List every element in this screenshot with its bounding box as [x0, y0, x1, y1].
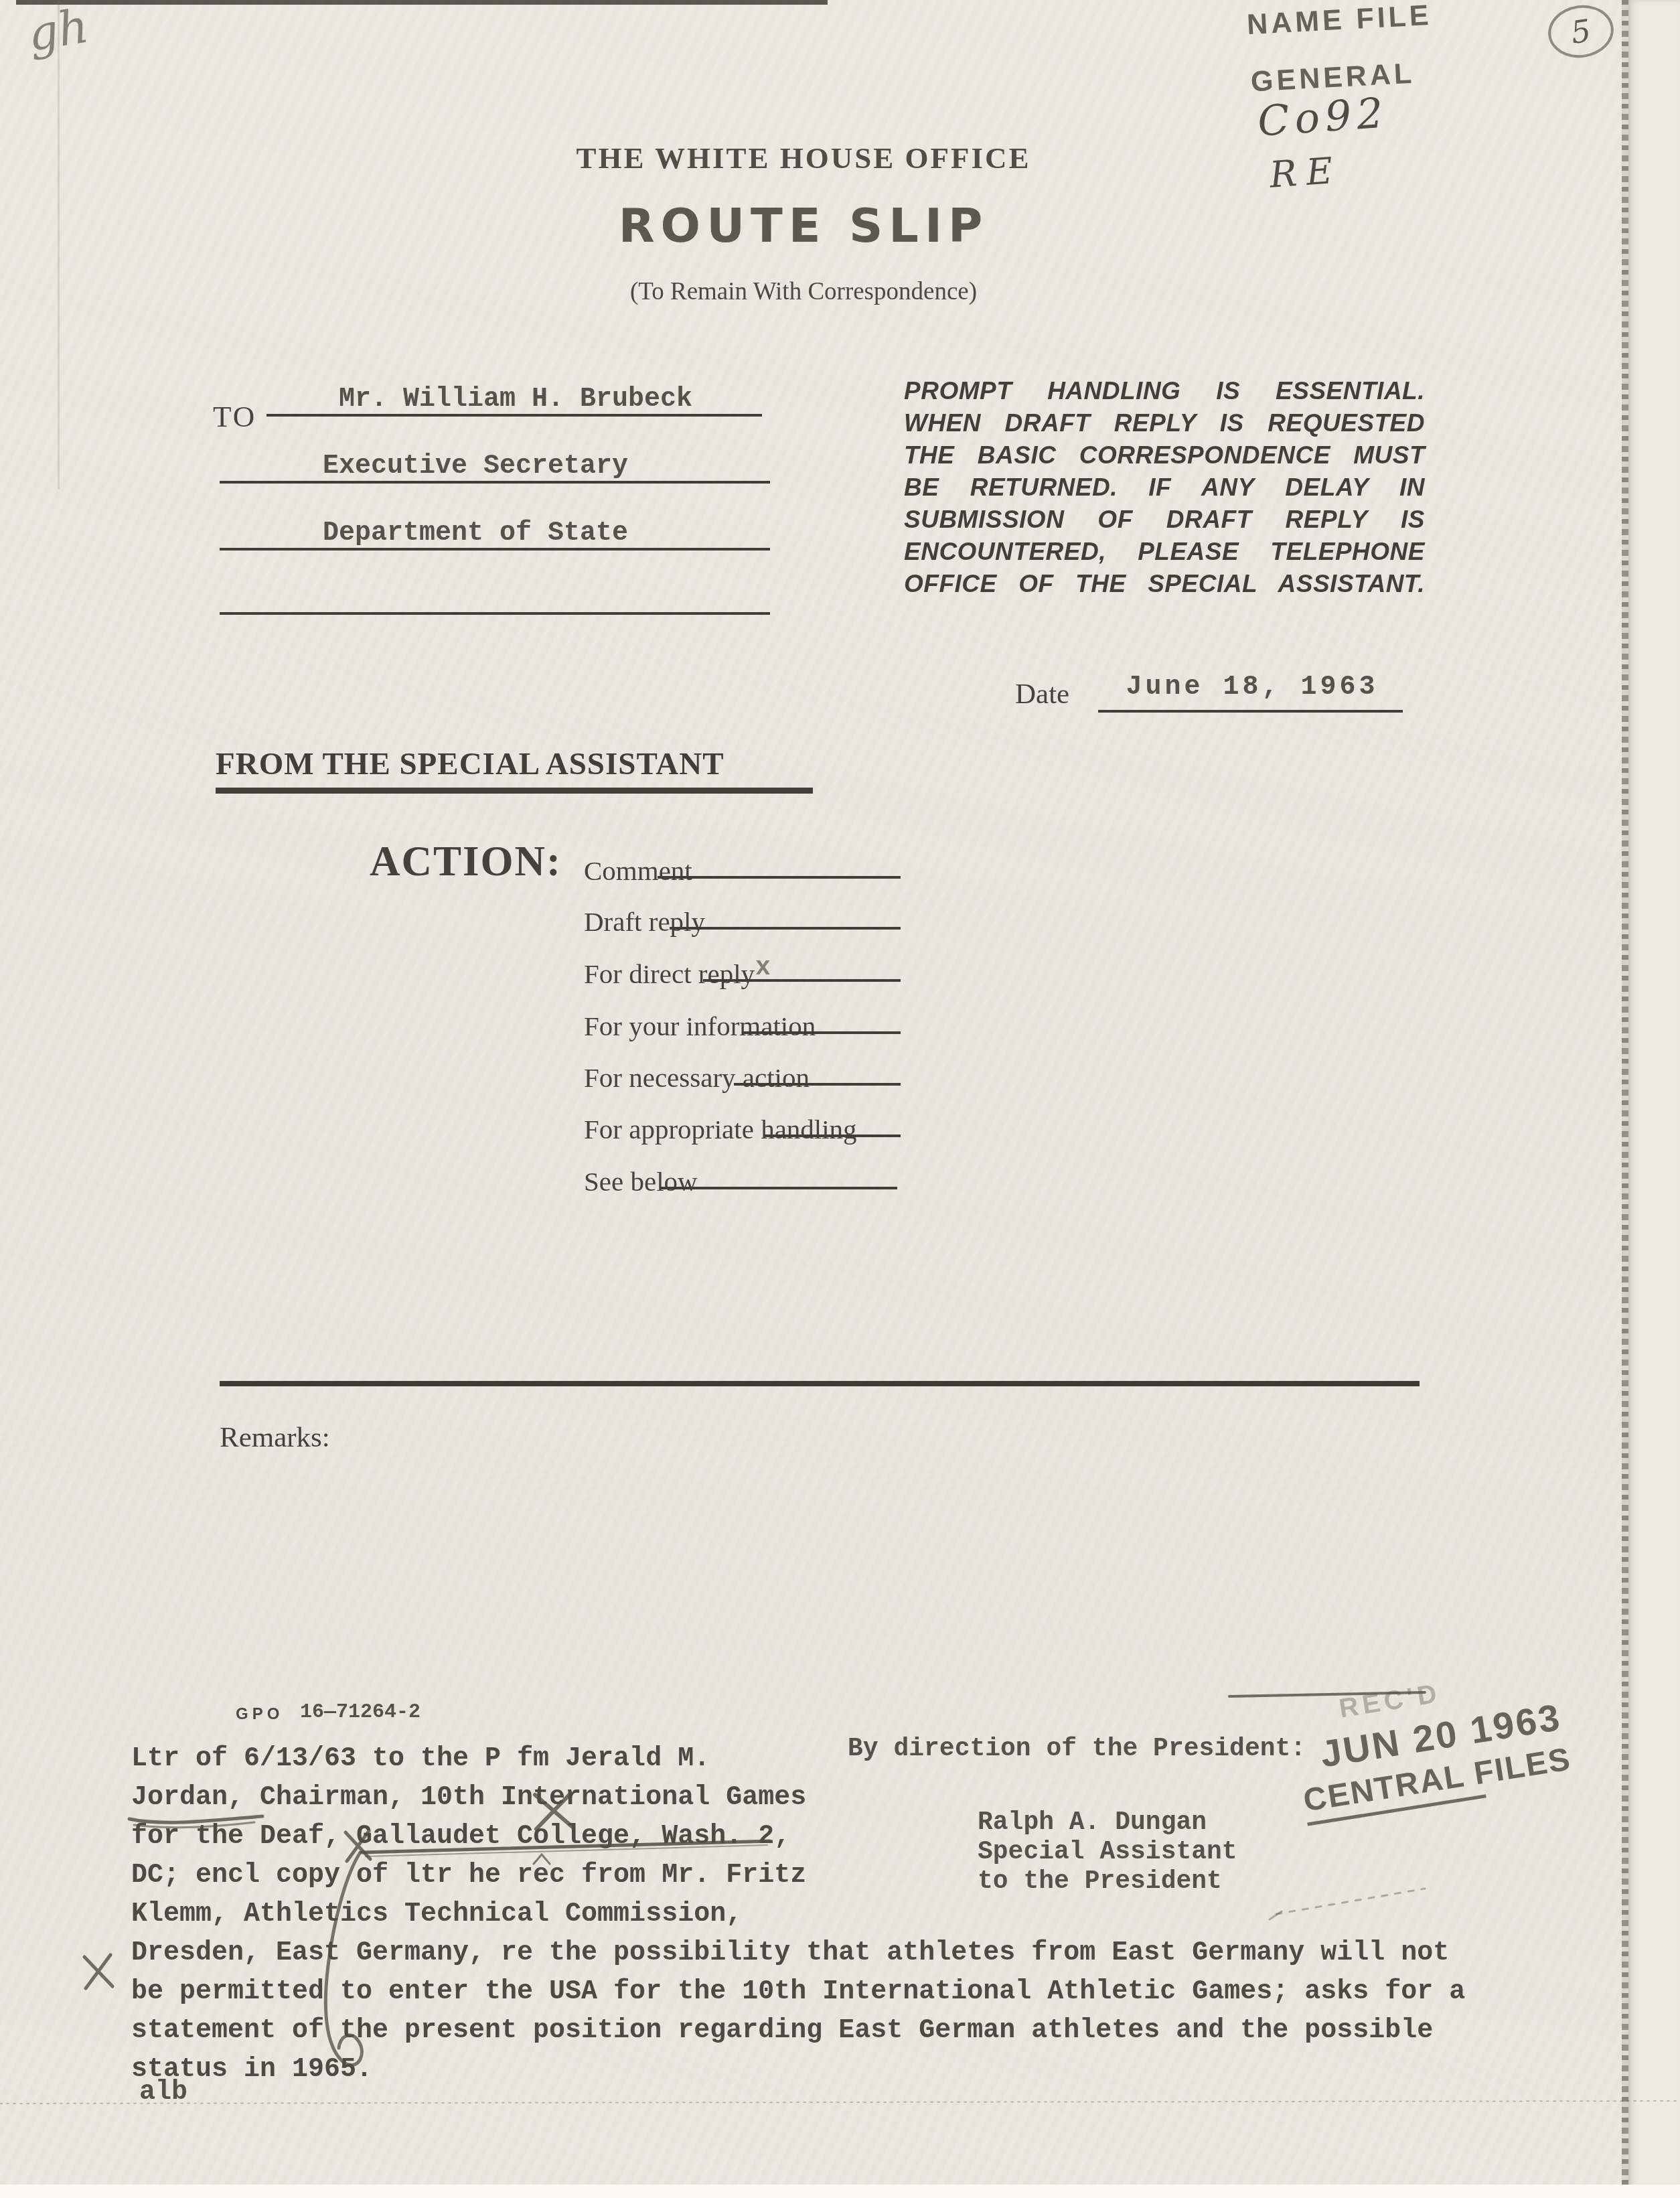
scan-right-strip [1628, 0, 1680, 2198]
signature-title-line2: to the President [978, 1867, 1222, 1896]
summary-line: be permitted to enter the USA for the 10… [131, 1977, 1465, 2016]
circled-page-number: 5 [1545, 1, 1617, 62]
notice-line: BE RETURNED. IF ANY DELAY IN [904, 471, 1425, 504]
to-recipient-department: Department of State [241, 518, 710, 548]
remarks-label: Remarks: [220, 1421, 330, 1454]
summary-line: Jordan, Chairman, 10th International Gam… [131, 1783, 1465, 1822]
action-line-comment [658, 859, 901, 879]
name-file-stamp: NAME FILE [1246, 0, 1433, 42]
form-subtitle: (To Remain With Correspondence) [509, 277, 1098, 306]
date-label: Date [1015, 678, 1069, 711]
direct-reply-x-mark: x [755, 954, 771, 982]
scan-bottom-strip [0, 2185, 1680, 2198]
action-label: ACTION: [370, 837, 562, 886]
remarks-rule [220, 1381, 1420, 1386]
route-slip-document: gh NAME FILE GENERAL Co92 RE 5 THE WHITE… [0, 0, 1680, 2198]
x-mark-klemm [84, 1955, 112, 1988]
gpo-form-number: 16—71264-2 [300, 1701, 421, 1724]
scan-left-edge [58, 0, 60, 489]
notice-line: THE BASIC CORRESPONDENCE MUST [904, 439, 1425, 471]
action-line-draft-reply [670, 909, 901, 930]
by-direction-line: By direction of the President: [848, 1735, 1306, 1763]
office-title: THE WHITE HOUSE OFFICE [549, 141, 1058, 175]
page-torn-edge [1622, 0, 1628, 2198]
handwritten-initials-top: gh [24, 0, 92, 62]
to-recipient-name: Mr. William H. Brubeck [288, 384, 743, 415]
action-line-see-below [660, 1169, 897, 1189]
from-heading: FROM THE SPECIAL ASSISTANT [216, 746, 724, 782]
handwritten-file-code: Co92 [1256, 88, 1390, 145]
action-line-for-direct-reply [703, 962, 901, 982]
action-line-for-appropriate-handling [763, 1117, 901, 1137]
page-number: 5 [1569, 12, 1594, 51]
typist-initials: alb [139, 2077, 187, 2100]
prompt-handling-notice: PROMPT HANDLING IS ESSENTIAL. WHEN DRAFT… [904, 375, 1425, 600]
scan-top-edge [16, 0, 828, 5]
form-title: ROUTE SLIP [549, 198, 1058, 253]
action-line-for-necessary-action [734, 1066, 901, 1086]
notice-line: ENCOUNTERED, PLEASE TELEPHONE [904, 536, 1425, 568]
summary-line: Klemm, Athletics Technical Commission, [131, 1899, 1465, 1938]
handwritten-re-code: RE [1268, 149, 1343, 196]
from-heading-rule [216, 788, 813, 794]
date-value: June 18, 1963 [1105, 672, 1399, 703]
to-line-4-blank [220, 595, 770, 615]
notice-line: PROMPT HANDLING IS ESSENTIAL. [904, 375, 1425, 407]
to-label: TO [213, 399, 256, 434]
fold-crease [0, 2101, 1680, 2104]
notice-line: SUBMISSION OF DRAFT REPLY IS [904, 504, 1425, 536]
signature-title-line1: Special Assistant [978, 1838, 1237, 1866]
summary-line: statement of the present position regard… [131, 2016, 1465, 2055]
to-recipient-title: Executive Secretary [241, 451, 710, 482]
notice-line: WHEN DRAFT REPLY IS REQUESTED [904, 407, 1425, 439]
summary-line: DC; encl copy of ltr he rec from Mr. Fri… [131, 1860, 1465, 1899]
action-line-for-your-information [742, 1014, 901, 1034]
summary-line: status in 1965. [131, 2055, 1465, 2094]
notice-line: OFFICE OF THE SPECIAL ASSISTANT. [904, 568, 1425, 600]
signature-name: Ralph A. Dungan [978, 1808, 1207, 1837]
summary-line: Dresden, East Germany, re the possibilit… [131, 1938, 1465, 1977]
gpo-label: GPO [236, 1705, 283, 1724]
correspondence-summary: Ltr of 6/13/63 to the P fm Jerald M. Jor… [131, 1744, 1465, 2094]
central-files-received-stamp: REC'D JUN 20 1963 CENTRAL FILES [1288, 1645, 1671, 1867]
summary-line: for the Deaf, Gallaudet College, Wash. 2… [131, 1822, 1465, 1860]
